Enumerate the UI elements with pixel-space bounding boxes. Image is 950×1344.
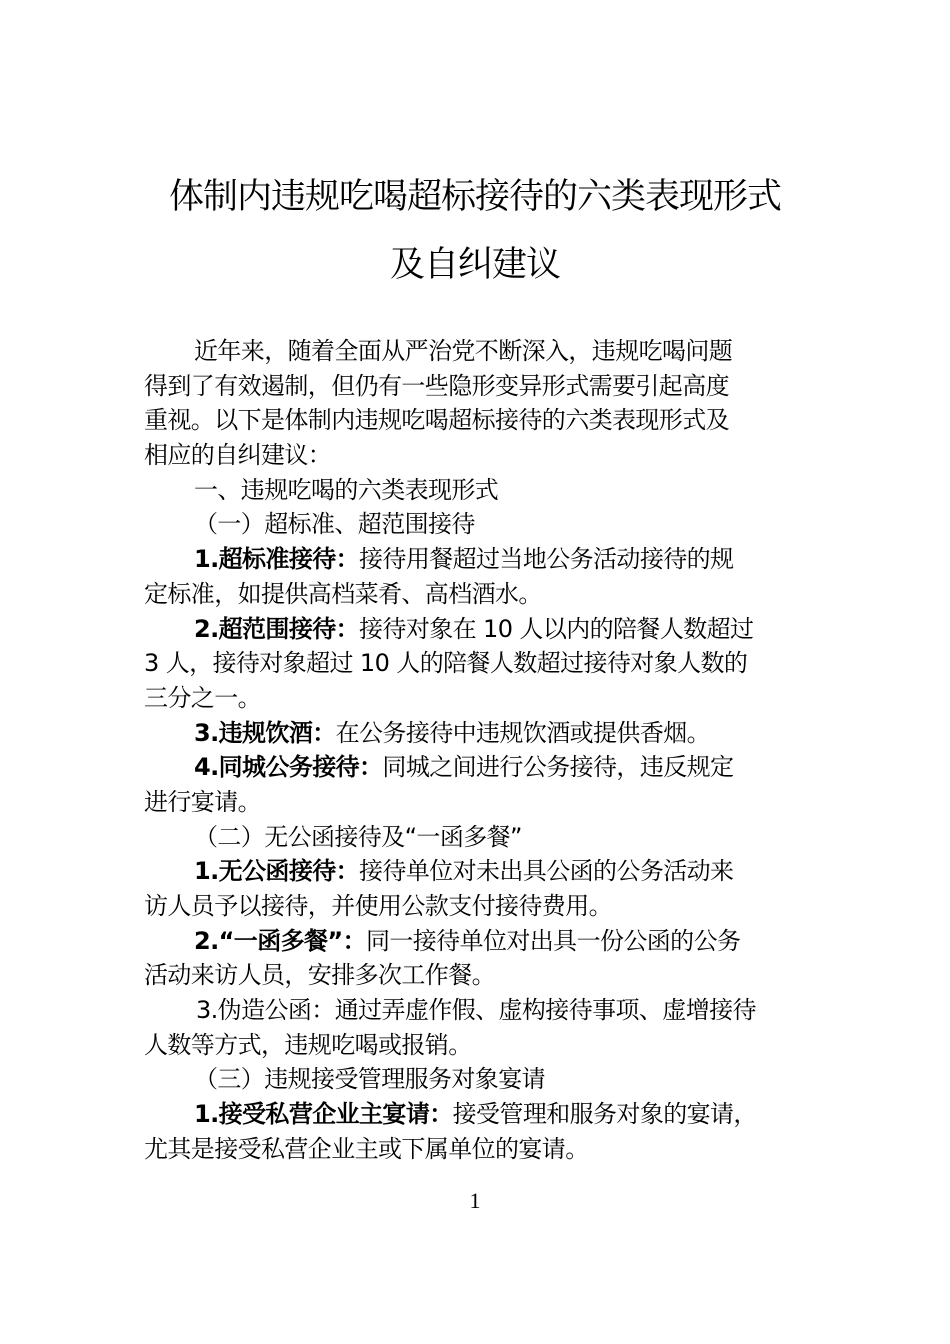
item-text: 通过弄虚作假、虚构接待事项、虚增接待 [335,996,756,1024]
subsection-heading: （一）超标准、超范围接待 [144,507,834,542]
document-page: 体制内违规吃喝超标接待的六类表现形式 及自纠建议 近年来，随着全面从严治党不断深… [0,0,950,1344]
document-body: 近年来，随着全面从严治党不断深入，违规吃喝问题 得到了有效遏制，但仍有一些隐形变… [144,334,834,1167]
section-heading: 一、违规吃喝的六类表现形式 [144,473,834,508]
item-label: 1.无公函接待： [194,857,359,885]
item-continuation: 进行宴请。 [144,785,834,820]
subsection-heading: （二）无公函接待及“一函多餐” [144,820,834,855]
page-number: 1 [0,1188,950,1214]
list-item: 2.“一函多餐”：同一接待单位对出具一份公函的公务 [144,924,834,959]
document-title-line-2: 及自纠建议 [0,243,950,287]
item-label: 2.超范围接待： [194,615,359,643]
item-text: 接待对象在 10 人以内的陪餐人数超过 [359,615,753,643]
item-continuation: 3 人，接待对象超过 10 人的陪餐人数超过接待对象人数的 [144,646,834,681]
list-item: 1.无公函接待：接待单位对未出具公函的公务活动来 [144,854,834,889]
item-text: 同城之间进行公务接待，违反规定 [382,753,733,781]
list-item: 3.违规饮酒：在公务接待中违规饮酒或提供香烟。 [144,716,834,751]
item-label: 1.超标准接待： [194,545,359,573]
item-label: 3.伪造公函： [196,996,335,1024]
intro-line: 相应的自纠建议： [144,438,834,473]
item-continuation: 人数等方式，违规吃喝或报销。 [144,1028,834,1063]
subsection-heading: （三）违规接受管理服务对象宴请 [144,1062,834,1097]
item-text: 接待用餐超过当地公务活动接待的规 [359,545,733,573]
list-item: 4.同城公务接待：同城之间进行公务接待，违反规定 [144,750,834,785]
intro-line: 得到了有效遏制，但仍有一些隐形变异形式需要引起高度 [144,369,834,404]
item-label: 2.“一函多餐”： [194,927,366,955]
list-item: 3.伪造公函：通过弄虚作假、虚构接待事项、虚增接待 [144,993,834,1028]
item-label: 3.违规饮酒： [194,719,336,747]
item-label: 1.接受私营企业主宴请： [194,1100,453,1128]
item-continuation: 活动来访人员，安排多次工作餐。 [144,958,834,993]
item-continuation: 三分之一。 [144,681,834,716]
intro-line: 近年来，随着全面从严治党不断深入，违规吃喝问题 [144,334,834,369]
item-label: 4.同城公务接待： [194,753,382,781]
list-item: 2.超范围接待：接待对象在 10 人以内的陪餐人数超过 [144,612,834,647]
item-text: 接待单位对未出具公函的公务活动来 [359,857,733,885]
item-continuation: 定标准，如提供高档菜肴、高档酒水。 [144,577,834,612]
item-continuation: 尤其是接受私营企业主或下属单位的宴请。 [144,1132,834,1167]
item-continuation: 访人员予以接待，并使用公款支付接待费用。 [144,889,834,924]
list-item: 1.接受私营企业主宴请：接受管理和服务对象的宴请， [144,1097,834,1132]
item-text: 在公务接待中违规饮酒或提供香烟。 [336,719,710,747]
list-item: 1.超标准接待：接待用餐超过当地公务活动接待的规 [144,542,834,577]
item-text: 同一接待单位对出具一份公函的公务 [366,927,740,955]
document-title-line-1: 体制内违规吃喝超标接待的六类表现形式 [0,175,950,219]
item-text: 接受管理和服务对象的宴请， [453,1100,757,1128]
intro-line: 重视。以下是体制内违规吃喝超标接待的六类表现形式及 [144,403,834,438]
